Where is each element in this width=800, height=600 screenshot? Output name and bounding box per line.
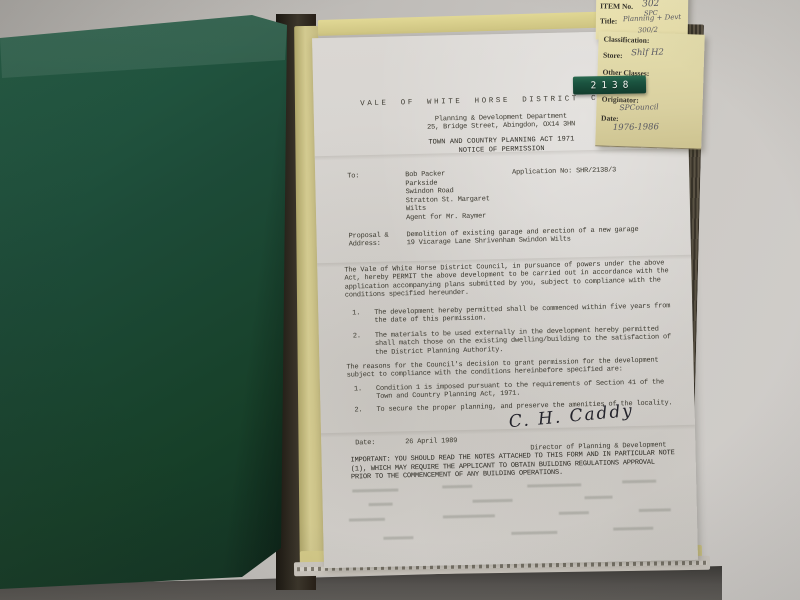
store-value: Shlf H2	[631, 48, 664, 59]
originator-value: SPCouncil	[619, 102, 658, 112]
application-number: Application No: SHR/2138/3	[512, 166, 616, 177]
embossed-label-tape: 2138	[573, 75, 646, 94]
note-date-value: 1976-1986	[613, 122, 659, 133]
reason-1-number: 1.	[354, 385, 362, 393]
green-binder-cover	[0, 0, 300, 600]
reason-2-number: 2.	[354, 406, 362, 414]
condition-1-number: 1.	[352, 309, 360, 317]
date-label: Date:	[355, 439, 375, 448]
title-value: Planning + Devt	[623, 13, 681, 23]
condition-2-number: 2.	[353, 332, 361, 340]
title-label: Title:	[600, 16, 617, 25]
photo-of-planning-permission-document: VALE OF WHITE HORSE DISTRICT COUNCIL Pla…	[0, 0, 800, 600]
recipient-address: Bob Packer Parkside Swindon Road Stratto…	[405, 169, 490, 222]
classification-label: Classification:	[603, 35, 649, 45]
reasons-intro: The reasons for the Council's decision t…	[346, 357, 658, 381]
store-label: Store:	[603, 51, 623, 61]
important-notice: IMPORTANT: YOU SHOULD READ THE NOTES ATT…	[351, 449, 676, 482]
proposal-description: Demolition of existing garage and erecti…	[406, 226, 638, 248]
paper-crease	[321, 425, 695, 439]
item-no-label: ITEM No.	[600, 1, 633, 10]
date-value: 26 April 1989	[405, 437, 457, 446]
condition-1-text: The development hereby permitted shall b…	[374, 302, 670, 325]
reason-1-text: Condition 1 is imposed pursuant to the r…	[376, 378, 664, 401]
to-label: To:	[347, 172, 359, 181]
condition-2-text: The materials to be used externally in t…	[375, 325, 672, 357]
permission-paragraph: The Vale of White Horse District Council…	[344, 259, 669, 300]
note-date-label: Date:	[601, 113, 619, 123]
proposal-address-label: Proposal & Address:	[348, 232, 388, 249]
